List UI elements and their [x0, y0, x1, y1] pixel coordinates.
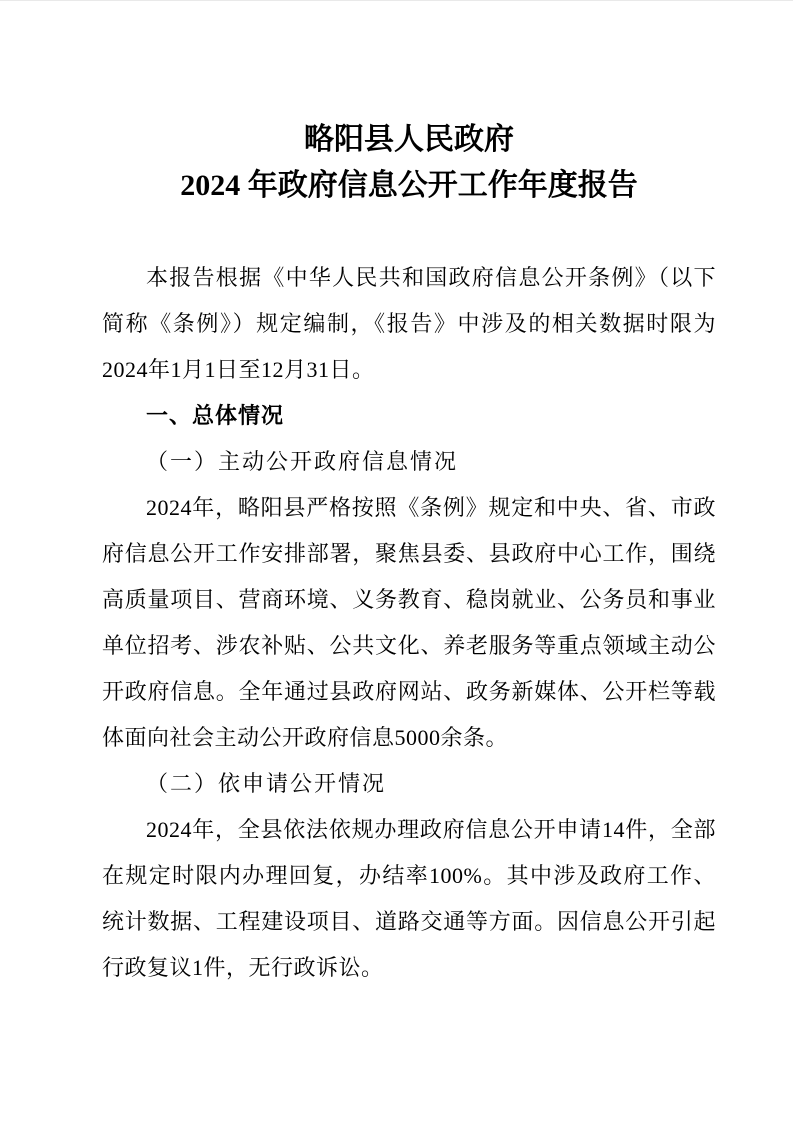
document-title-line-1: 略阳县人民政府: [102, 117, 716, 163]
section-heading-overall-situation: 一、总体情况: [102, 393, 716, 439]
intro-paragraph: 本报告根据《中华人民共和国政府信息公开条例》（以下简称《条例》）规定编制，《报告…: [102, 255, 716, 393]
title-body-spacer: [102, 209, 716, 255]
subsection-heading-proactive-disclosure: （一）主动公开政府信息情况: [102, 439, 716, 485]
document-page: 略阳县人民政府 2024 年政府信息公开工作年度报告 本报告根据《中华人民共和国…: [0, 0, 793, 1122]
disclosure-upon-request-paragraph: 2024年，全县依法依规办理政府信息公开申请14件，全部在规定时限内办理回复，办…: [102, 807, 716, 991]
subsection-heading-disclosure-upon-request: （二）依申请公开情况: [102, 761, 716, 807]
document-title-line-2: 2024 年政府信息公开工作年度报告: [102, 163, 716, 209]
proactive-disclosure-paragraph: 2024年，略阳县严格按照《条例》规定和中央、省、市政府信息公开工作安排部署，聚…: [102, 485, 716, 761]
